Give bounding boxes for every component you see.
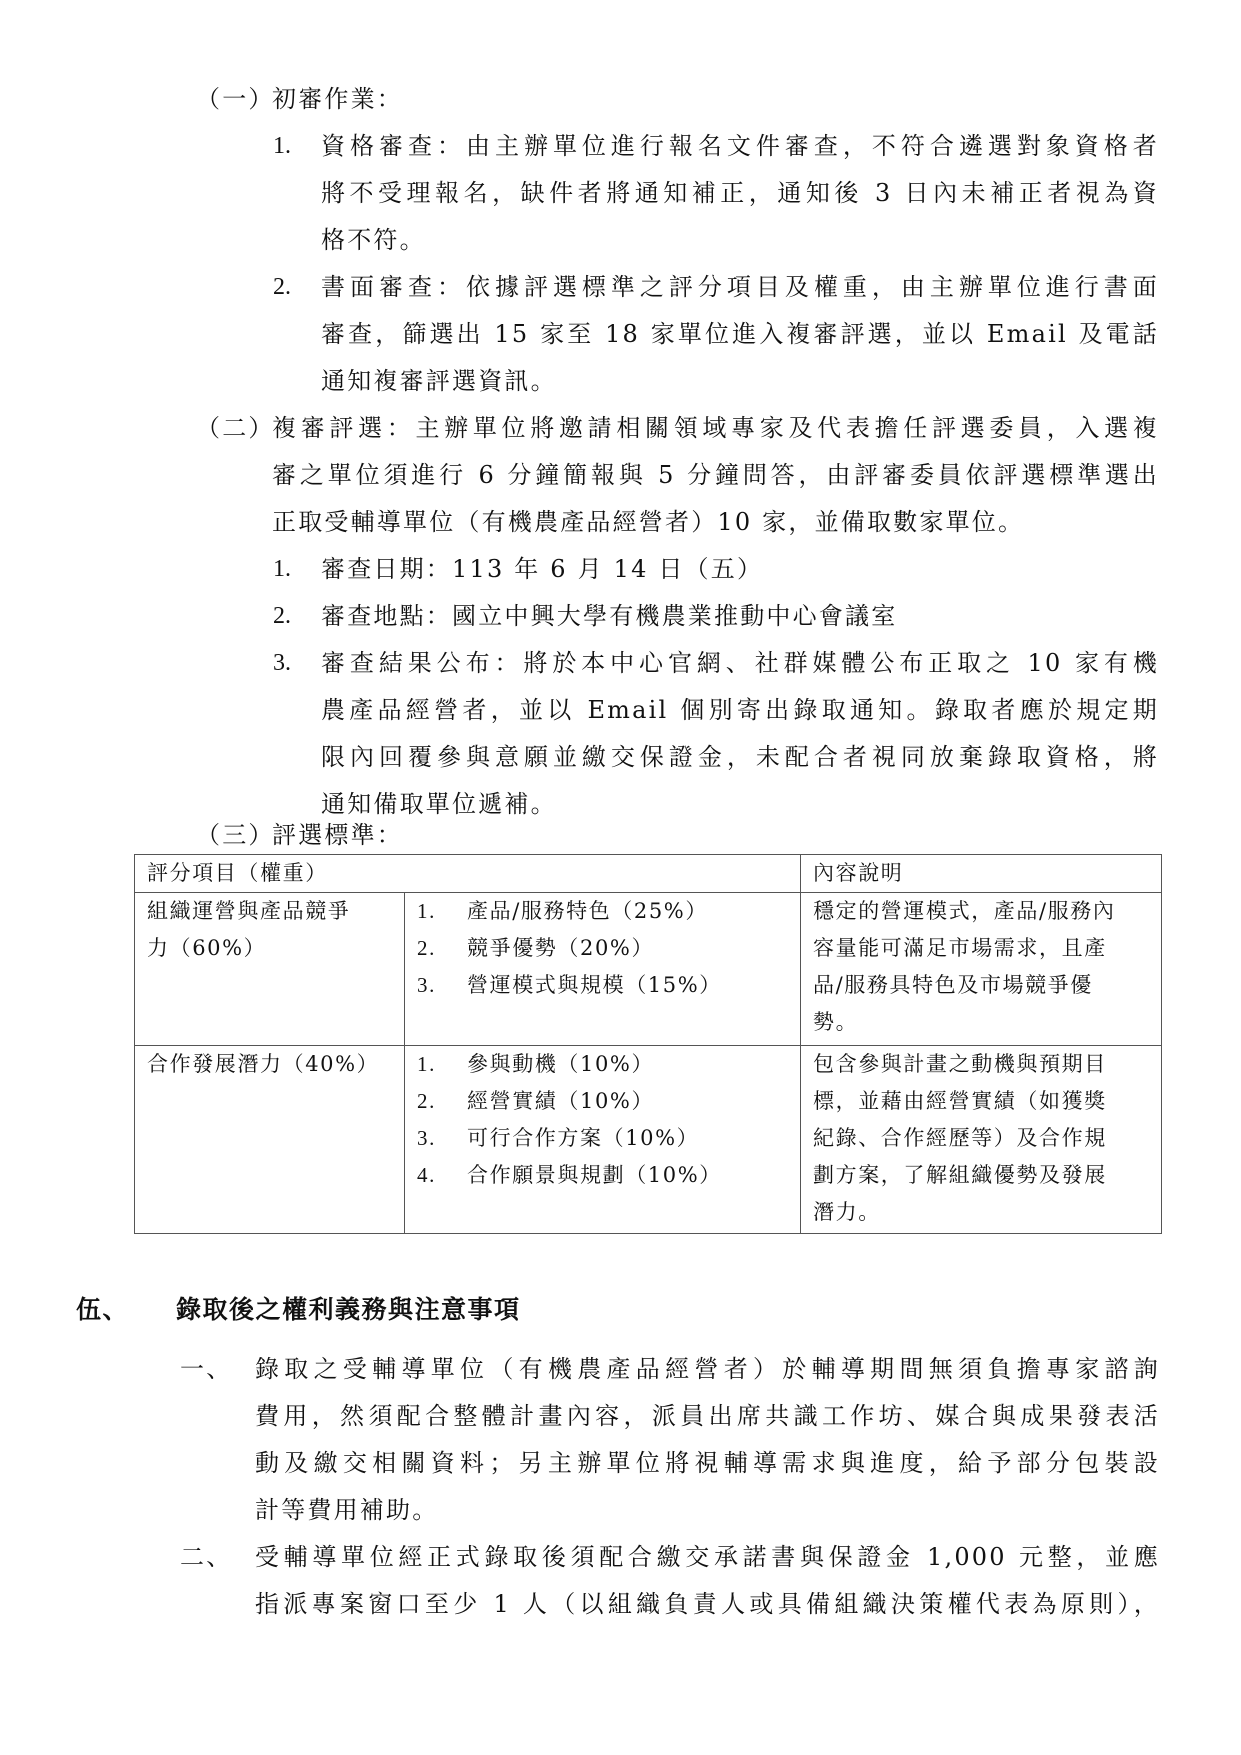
criterion-label: 競爭優勢（20%） xyxy=(467,930,654,967)
criterion-label: 合作願景與規劃（10%） xyxy=(467,1157,722,1194)
description-cell: 包含參與計畫之動機與預期目 標，並藉由經營實績（如獲獎 紀錄、合作經歷等）及合作… xyxy=(801,1046,1162,1234)
paragraph-line: 農產品經營者，並以 Email 個別寄出錄取通知。錄取者應於規定期 xyxy=(321,695,1159,725)
item-number: 1. xyxy=(273,554,291,584)
paragraph-line: 書面審查：依據評選標準之評分項目及權重，由主辦單位進行書面 xyxy=(321,272,1159,302)
criterion: 1.產品/服務特色（25%） xyxy=(417,893,790,930)
criterion-label: 參與動機（10%） xyxy=(467,1046,654,1083)
criterion-label: 可行合作方案（10%） xyxy=(467,1120,699,1157)
criterion-number: 1. xyxy=(417,893,467,930)
criterion: 3.可行合作方案（10%） xyxy=(417,1120,790,1157)
header-description: 內容說明 xyxy=(801,855,1162,893)
paragraph-line: 指派專案窗口至少 1 人（以組織負責人或具備組織決策權代表為原則）， xyxy=(255,1589,1160,1619)
paragraph-line: 受輔導單位經正式錄取後須配合繳交承諾書與保證金 1,000 元整，並應 xyxy=(255,1542,1160,1572)
sub3-marker: （三） xyxy=(196,820,275,850)
criteria-table: 評分項目（權重） 內容說明 組織運營與產品競爭 力（60%） 1.產品/服務特色… xyxy=(134,854,1162,1234)
criterion: 3.營運模式與規模（15%） xyxy=(417,967,790,1004)
section5-marker: 伍、 xyxy=(76,1294,129,1326)
item-marker: 二、 xyxy=(180,1542,232,1572)
table-header-row: 評分項目（權重） 內容說明 xyxy=(135,855,1162,893)
description-cell: 穩定的營運模式，產品/服務內 容量能可滿足市場需求，且產 品/服務具特色及市場競… xyxy=(801,893,1162,1046)
paragraph-line: 限內回覆參與意願並繳交保證金，未配合者視同放棄錄取資格，將 xyxy=(321,742,1159,772)
table-row: 合作發展潛力（40%） 1.參與動機（10%） 2.經營實績（10%） 3.可行… xyxy=(135,1046,1162,1234)
paragraph-line: 審之單位須進行 6 分鐘簡報與 5 分鐘問答，由評審委員依評選標準選出 xyxy=(272,460,1159,490)
paragraph-line: 通知複審評選資訊。 xyxy=(321,366,557,396)
description-line: 勢。 xyxy=(813,1004,1151,1041)
paragraph-line: 通知備取單位遞補。 xyxy=(321,789,557,819)
paragraph-line: 將不受理報名，缺件者將通知補正，通知後 3 日內未補正者視為資 xyxy=(321,178,1159,208)
description-line: 劃方案，了解組織優勢及發展 xyxy=(813,1157,1151,1194)
criterion: 4.合作願景與規劃（10%） xyxy=(417,1157,790,1194)
sub1-marker: （一） xyxy=(196,84,275,114)
description-line: 品/服務具特色及市場競爭優 xyxy=(813,967,1151,1004)
paragraph-line: 正取受輔導單位（有機農產品經營者）10 家，並備取數家單位。 xyxy=(272,507,1024,537)
criterion-number: 3. xyxy=(417,967,467,1004)
review-date: 審查日期：113 年 6 月 14 日（五） xyxy=(321,554,763,584)
paragraph-line: 格不符。 xyxy=(321,225,426,255)
criterion: 1.參與動機（10%） xyxy=(417,1046,790,1083)
paragraph-line: 錄取之受輔導單位（有機農產品經營者）於輔導期間無須負擔專家諮詢 xyxy=(255,1354,1160,1384)
category-cell: 合作發展潛力（40%） xyxy=(135,1046,405,1234)
sub3-title: 評選標準： xyxy=(272,820,403,850)
criteria-cell: 1.參與動機（10%） 2.經營實績（10%） 3.可行合作方案（10%） 4.… xyxy=(405,1046,801,1234)
item-number: 2. xyxy=(273,272,291,302)
paragraph-line: 複審評選：主辦單位將邀請相關領域專家及代表擔任評選委員，入選複 xyxy=(272,413,1159,443)
paragraph-line: 動及繳交相關資料；另主辦單位將視輔導需求與進度，給予部分包裝設 xyxy=(255,1448,1160,1478)
criterion: 2.經營實績（10%） xyxy=(417,1083,790,1120)
sub1-title: 初審作業： xyxy=(272,84,403,114)
table-row: 組織運營與產品競爭 力（60%） 1.產品/服務特色（25%） 2.競爭優勢（2… xyxy=(135,893,1162,1046)
paragraph-line: 審查結果公布：將於本中心官網、社群媒體公布正取之 10 家有機 xyxy=(321,648,1159,678)
criterion-number: 3. xyxy=(417,1120,467,1157)
item-marker: 一、 xyxy=(180,1354,232,1384)
description-line: 包含參與計畫之動機與預期目 xyxy=(813,1046,1151,1083)
review-location: 審查地點：國立中興大學有機農業推動中心會議室 xyxy=(321,601,897,631)
criterion-number: 2. xyxy=(417,1083,467,1120)
header-scoring-item: 評分項目（權重） xyxy=(135,855,801,893)
criterion-label: 經營實績（10%） xyxy=(467,1083,654,1120)
criterion-label: 營運模式與規模（15%） xyxy=(467,967,722,1004)
paragraph-line: 資格審查：由主辦單位進行報名文件審查，不符合遴選對象資格者 xyxy=(321,131,1159,161)
criterion-number: 1. xyxy=(417,1046,467,1083)
category-line: 合作發展潛力（40%） xyxy=(147,1046,394,1083)
paragraph-line: 費用，然須配合整體計畫內容，派員出席共識工作坊、媒合與成果發表活 xyxy=(255,1401,1160,1431)
category-cell: 組織運營與產品競爭 力（60%） xyxy=(135,893,405,1046)
category-line: 力（60%） xyxy=(147,930,394,967)
description-line: 穩定的營運模式，產品/服務內 xyxy=(813,893,1151,930)
criterion: 2.競爭優勢（20%） xyxy=(417,930,790,967)
description-line: 潛力。 xyxy=(813,1194,1151,1231)
criterion-label: 產品/服務特色（25%） xyxy=(467,893,708,930)
description-line: 容量能可滿足市場需求，且產 xyxy=(813,930,1151,967)
criterion-number: 2. xyxy=(417,930,467,967)
item-number: 1. xyxy=(273,131,291,161)
criterion-number: 4. xyxy=(417,1157,467,1194)
item-number: 2. xyxy=(273,601,291,631)
description-line: 紀錄、合作經歷等）及合作規 xyxy=(813,1120,1151,1157)
criteria-cell: 1.產品/服務特色（25%） 2.競爭優勢（20%） 3.營運模式與規模（15%… xyxy=(405,893,801,1046)
description-line: 標，並藉由經營實績（如獲獎 xyxy=(813,1083,1151,1120)
item-number: 3. xyxy=(273,648,291,678)
paragraph-line: 審查，篩選出 15 家至 18 家單位進入複審評選，並以 Email 及電話 xyxy=(321,319,1159,349)
paragraph-line: 計等費用補助。 xyxy=(255,1495,438,1525)
category-line: 組織運營與產品競爭 xyxy=(147,893,394,930)
sub2-marker: （二） xyxy=(196,413,275,443)
section5-title: 錄取後之權利義務與注意事項 xyxy=(176,1294,521,1326)
